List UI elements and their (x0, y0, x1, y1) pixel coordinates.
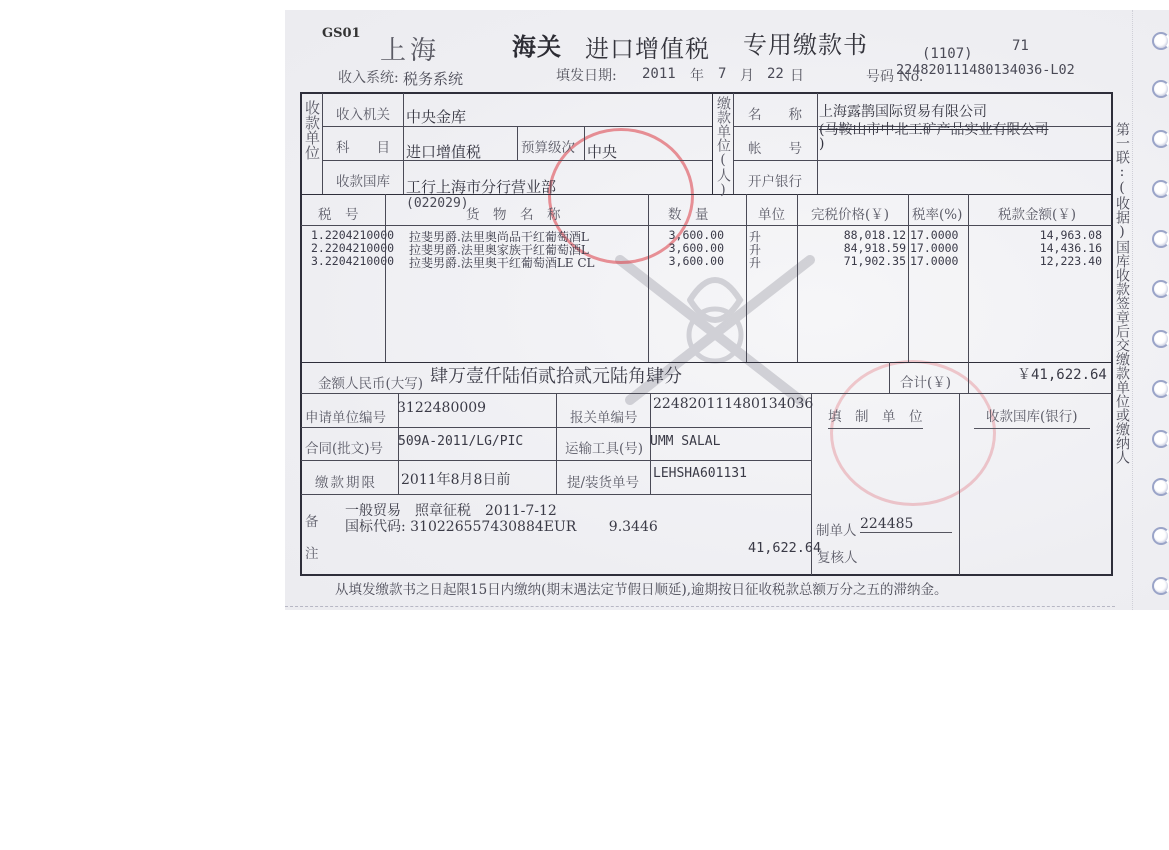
cell-dutiable-price: 71,902.35 (797, 254, 906, 268)
bill-of-lading-value: LEHSHA601131 (653, 466, 747, 481)
col-divider (648, 194, 649, 362)
transport-label: 运输工具(号) (565, 437, 643, 457)
contract-no-label: 合同(批文)号 (305, 437, 383, 457)
cell-tax-no: 3.2204210000 (311, 254, 394, 268)
cell-tax-rate: 17.0000 (910, 254, 958, 268)
perforation-hole-icon (1152, 380, 1169, 398)
applicant-no-value: 3122480009 (397, 400, 486, 416)
cell-dutiable-price: 88,018.12 (797, 228, 906, 242)
col-divider (746, 194, 747, 362)
payer-account-label: 帐 号 (748, 137, 802, 157)
perforation-hole-icon (1152, 527, 1169, 545)
payer-name-value: 上海露鹊国际贸易有限公司 (819, 101, 987, 121)
perforation-hole-icon (1152, 478, 1169, 496)
applicant-no-label: 申请单位编号 (305, 406, 386, 426)
col-divider (403, 93, 404, 194)
col-divider (908, 194, 909, 362)
payer-name-label: 名 称 (748, 103, 802, 123)
cell-tax-rate: 17.0000 (910, 241, 958, 255)
remarks-amount: 41,622.64 (748, 540, 821, 556)
bill-of-lading-label: 提/装货单号 (567, 471, 639, 491)
amount-words-label: 金额人民币(大写) (318, 372, 423, 392)
authority-value: 中央金库 (406, 106, 466, 127)
tear-line (285, 606, 1115, 607)
header-dutiable-price: 完税价格(￥) (811, 203, 889, 223)
day-char: 日 (790, 65, 804, 85)
section-divider (301, 362, 1112, 363)
form-title-main: 进口增值税 (585, 29, 710, 64)
deadline-value: 2011年8月8日前 (401, 469, 510, 489)
treasury-value: 工行上海市分行营业部 (406, 176, 556, 197)
perforation-hole-icon (1152, 180, 1169, 198)
month-char: 月 (740, 65, 754, 85)
payer-name-value-secondary: (马鞍山市中北工矿产品实业有限公司 (819, 119, 1048, 139)
cell-quantity: 3,600.00 (648, 228, 724, 242)
perforation-strip (1132, 10, 1169, 610)
form-code-1107: (1107) (922, 46, 973, 62)
perforation-hole-icon (1152, 130, 1169, 148)
cell-tax-amount: 14,436.16 (968, 241, 1102, 255)
col-divider (968, 362, 969, 393)
cell-quantity: 3,600.00 (648, 254, 724, 268)
reviewer-label: 复核人 (817, 546, 858, 566)
revenue-system-label: 收入系统: (338, 67, 399, 87)
header-tax-amount: 税款金额(￥) (998, 203, 1076, 223)
cell-tax-rate: 17.0000 (910, 228, 958, 242)
subject-value: 进口增值税 (406, 141, 481, 162)
form-title-suffix: 专用缴款书 (743, 25, 868, 60)
cell-tax-no: 2.2204210000 (311, 241, 394, 255)
cell-dutiable-price: 84,918.59 (797, 241, 906, 255)
amount-words-value: 肆万壹仟陆佰贰拾贰元陆角肆分 (430, 362, 682, 388)
col-divider (889, 362, 890, 393)
total-value: ￥41,622.64 (1017, 364, 1107, 384)
issue-date-label: 填发日期: (556, 65, 617, 85)
header-tax-no: 税 号 (318, 203, 359, 223)
col-divider (385, 194, 386, 362)
perforation-hole-icon (1152, 80, 1169, 98)
cell-tax-no: 1.2204210000 (311, 228, 394, 242)
payer-bank-label: 开户银行 (748, 170, 802, 190)
col-divider (959, 393, 960, 575)
budget-level-value: 中央 (587, 141, 617, 162)
perforation-hole-icon (1152, 230, 1169, 248)
declaration-no-value: 224820111480134036 (653, 396, 813, 412)
preparer-value: 224485 (860, 516, 952, 533)
col-divider (733, 93, 734, 194)
deadline-label: 缴款期限 (315, 471, 377, 491)
row-divider (733, 160, 1111, 161)
col-divider (797, 194, 798, 362)
issue-day: 22 (767, 66, 784, 82)
contract-no-value: 509A-2011/LG/PIC (398, 434, 523, 449)
col-divider (556, 393, 557, 494)
form-code: GS01 (322, 26, 361, 41)
cell-goods-name: 拉斐男爵.法里奥干红葡萄酒LE CL (409, 254, 595, 271)
header-divider (301, 225, 1112, 226)
footer-note: 从填发缴款书之日起限15日内缴纳(期末遇法定节假日顺延),逾期按日征收税款总额万… (335, 578, 948, 598)
perforation-hole-icon (1152, 280, 1169, 298)
year-char: 年 (690, 65, 704, 85)
row-divider (301, 393, 1112, 394)
cell-unit: 升 (749, 254, 761, 271)
filler-unit-label: 填 制 单 位 (828, 405, 923, 429)
perforation-hole-icon (1152, 577, 1169, 595)
preparer-label: 制单人 (816, 519, 857, 539)
payee-section-label: 收款单位 (303, 100, 321, 160)
subject-label: 科 目 (336, 136, 390, 156)
form-region: 上海 (380, 30, 440, 67)
cell-quantity: 3,600.00 (648, 241, 724, 255)
treasury-code: (022029) (406, 196, 469, 211)
treasury-label: 收款国库 (336, 170, 390, 190)
total-label: 合计(￥) (900, 371, 951, 391)
payer-account-value: ) (819, 136, 824, 152)
number-value: 224820111480134036-L02 (896, 62, 1075, 78)
row-divider (301, 494, 811, 495)
cell-tax-amount: 14,963.08 (968, 228, 1102, 242)
authority-label: 收入机关 (336, 103, 390, 123)
col-divider (712, 93, 713, 194)
perforation-hole-icon (1152, 32, 1169, 50)
revenue-system-value: 税务系统 (403, 68, 463, 89)
col-divider (968, 194, 969, 362)
budget-level-label: 预算级次 (521, 136, 575, 156)
header-unit: 单位 (758, 203, 785, 223)
remarks-line-2: 国标代码: 310226557430884EUR 9.3446 (345, 516, 658, 536)
perforation-hole-icon (1152, 330, 1169, 348)
header-quantity: 数 量 (668, 203, 709, 223)
remarks-label-1: 备 (305, 510, 319, 530)
col-divider (817, 93, 818, 194)
receiving-treasury-label: 收款国库(银行) (974, 405, 1090, 429)
header-goods-name: 货 物 名 称 (466, 203, 561, 223)
cell-tax-amount: 12,223.40 (968, 254, 1102, 268)
copy-side-note: 第一联:(收据)国库收款签章后交缴款单位或缴纳人 (1114, 122, 1130, 464)
col-divider (517, 126, 518, 160)
perforation-hole-icon (1152, 430, 1169, 448)
row-divider (322, 160, 712, 161)
payer-section-label: 缴款单位(人) (714, 96, 731, 198)
transport-value: UMM SALAL (650, 434, 720, 449)
issue-year: 2011 (642, 66, 676, 82)
header-tax-rate: 税率(%) (912, 203, 962, 223)
remarks-label-2: 注 (305, 542, 319, 562)
form-title-customs: 海关 (512, 27, 562, 62)
declaration-no-label: 报关单编号 (570, 406, 638, 426)
issue-month: 7 (718, 66, 726, 82)
form-code-71: 71 (1012, 38, 1029, 54)
col-divider (584, 126, 585, 160)
col-divider (322, 93, 323, 194)
